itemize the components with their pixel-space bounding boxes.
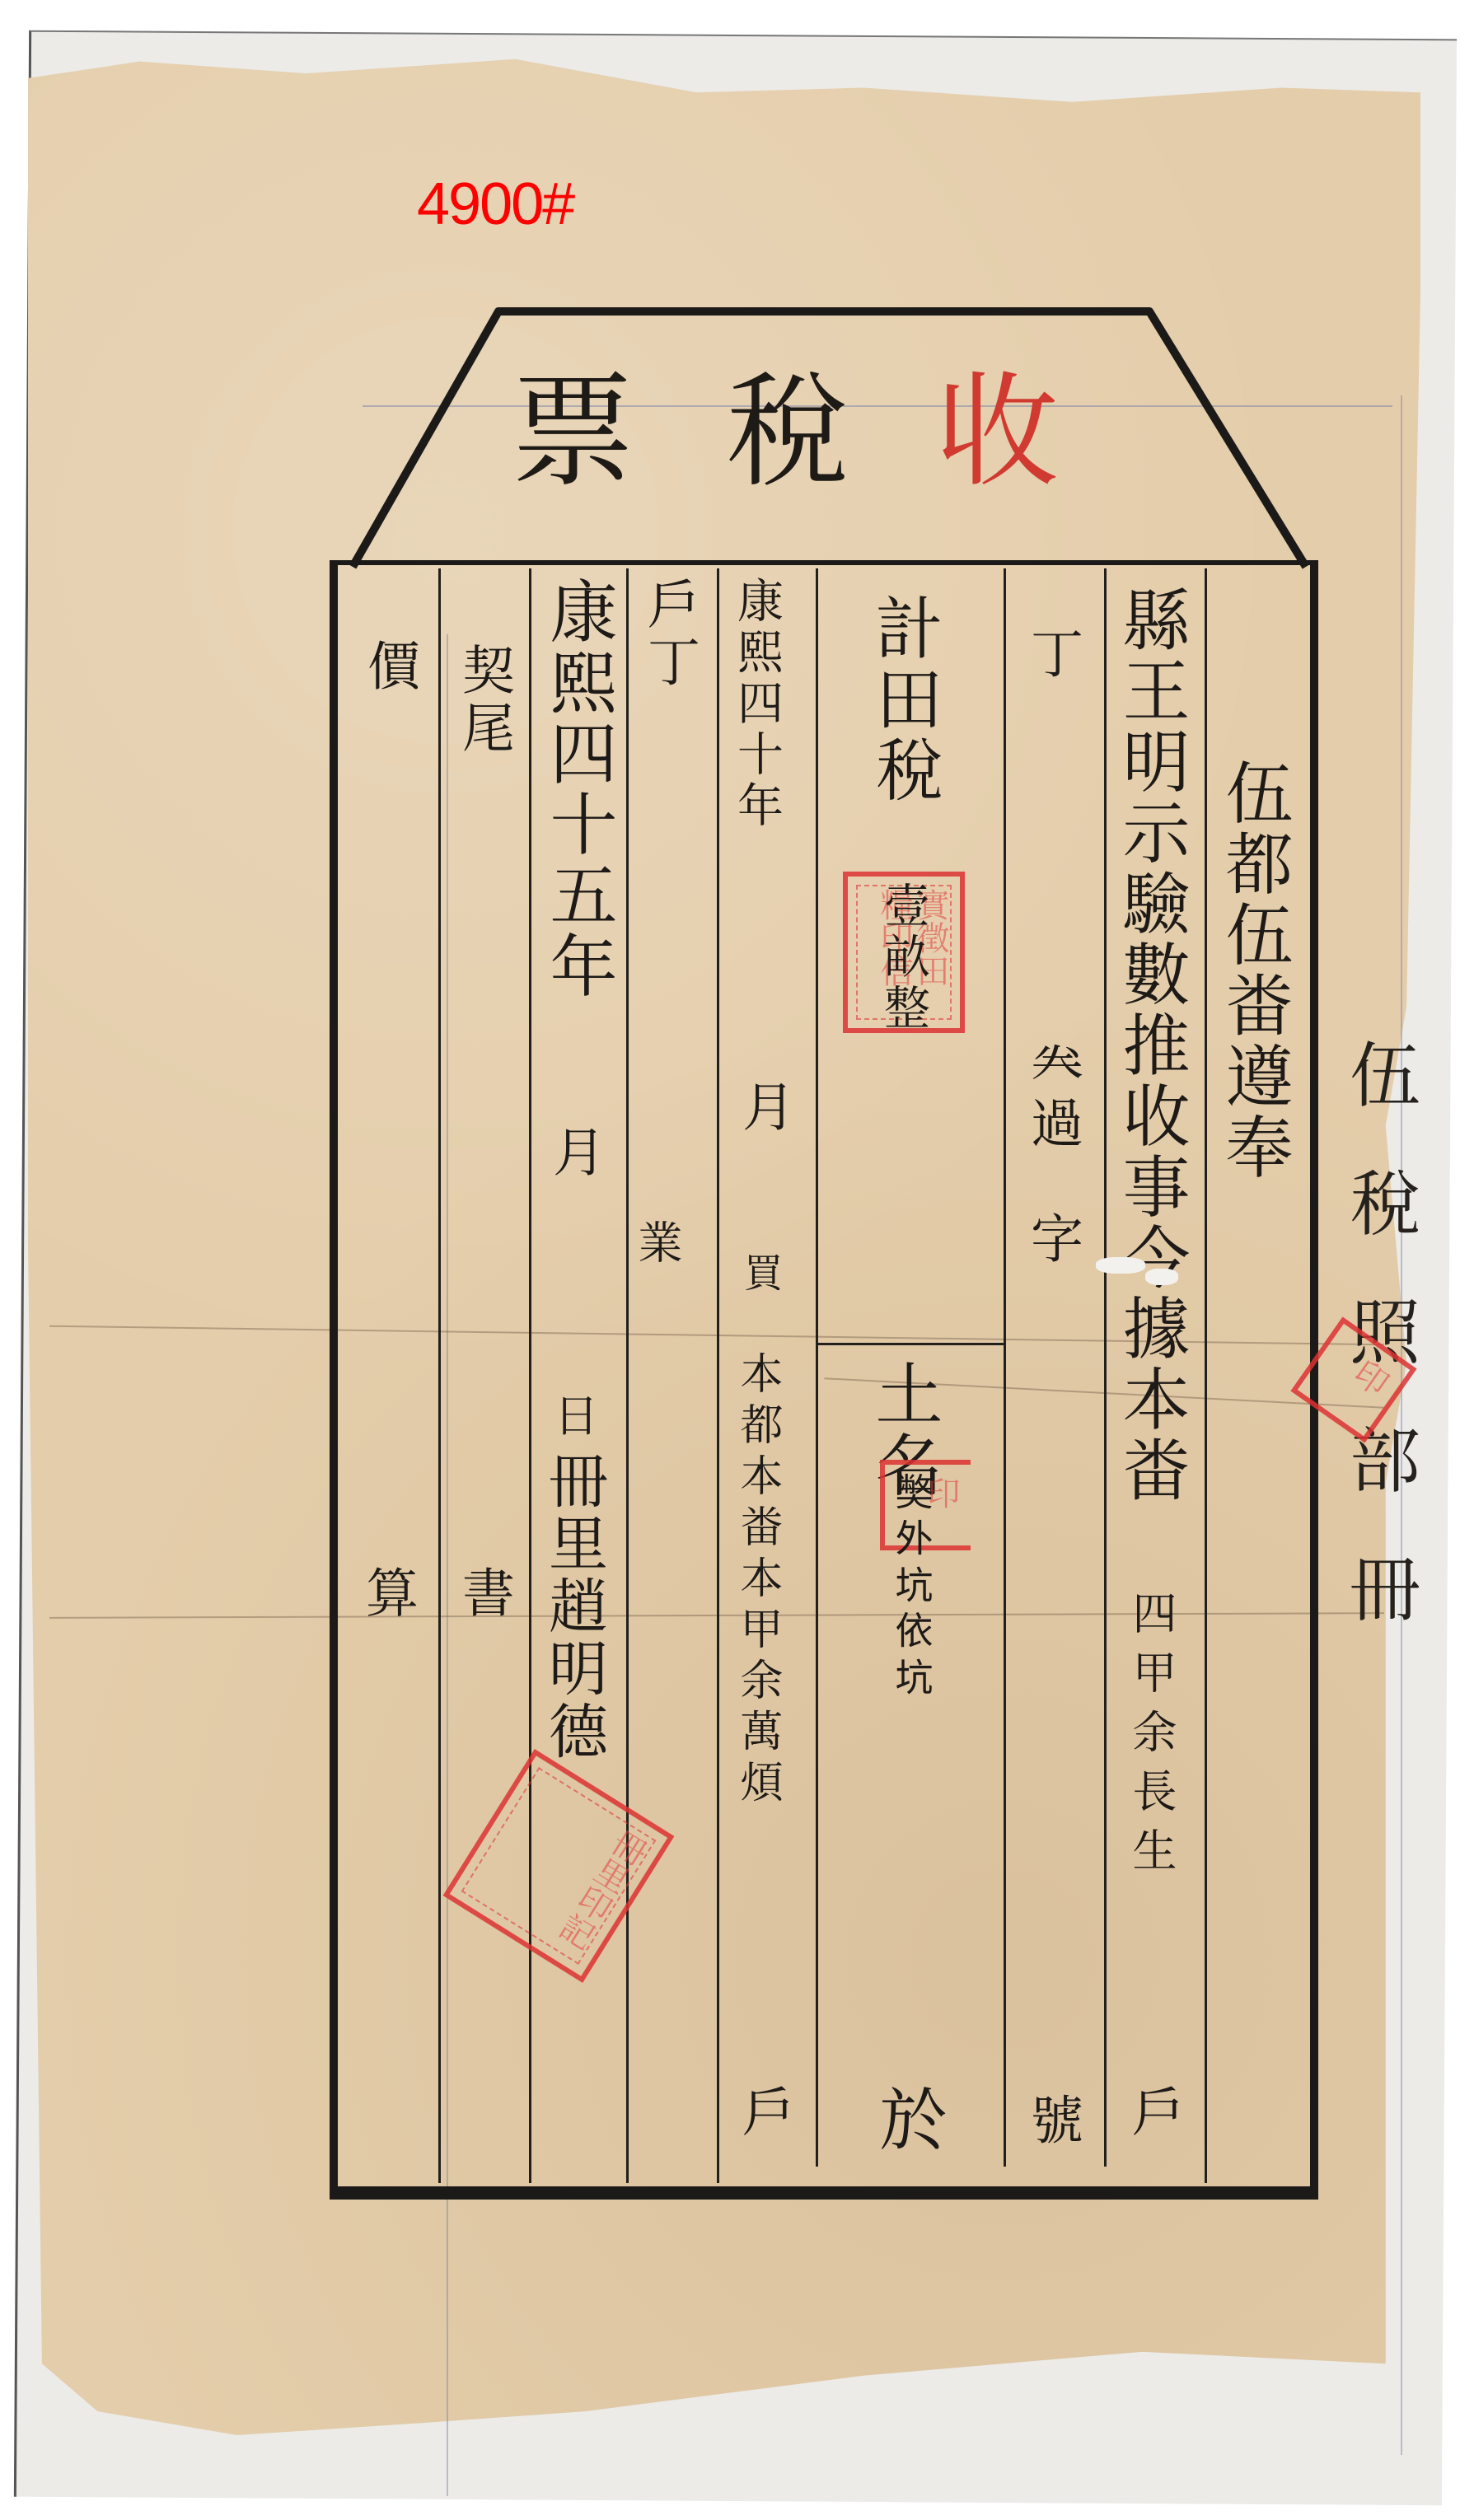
- text-seller-location: 本都本畨本甲余萬煩: [736, 1351, 779, 1811]
- cell-divider: [816, 1343, 1004, 1345]
- column-rule: [1104, 568, 1107, 2167]
- text-hao: 號: [1026, 2092, 1079, 2150]
- title-char-shui: 稅: [725, 371, 849, 494]
- text-household-ding: 戶丁: [643, 577, 695, 692]
- text-price: 價: [363, 638, 415, 696]
- reference-number: 4900#: [417, 175, 573, 234]
- text-land-tax-label: 計田稅: [869, 593, 937, 806]
- paper-tear: [1096, 1257, 1145, 1274]
- text-seller-household: 戶: [737, 2084, 790, 2142]
- text-district: 伍都伍畨遵奉: [1219, 758, 1287, 1183]
- text-clerk-name: 冊里趙明德: [544, 1450, 603, 1763]
- text-day: 日: [550, 1392, 595, 1442]
- column-rule: [626, 568, 629, 2183]
- text-transfer: 𠔉過: [1026, 1038, 1079, 1153]
- text-month-2: 月: [548, 1124, 601, 1182]
- text-date-kangxi-40: 康熙四十年: [733, 577, 779, 832]
- text-county-order: 縣王明示驗數推收事今據本畨: [1116, 585, 1184, 1506]
- column-rule: [1004, 568, 1006, 2167]
- text-buy: 買: [740, 1252, 779, 1307]
- text-yu: 於: [873, 2084, 941, 2155]
- column-rule: [438, 568, 441, 2183]
- text-owner-name: 四甲余長生: [1129, 1590, 1173, 1886]
- text-date-kangxi-45: 康熙四十五年: [544, 577, 611, 1002]
- column-rule: [717, 568, 719, 2183]
- text-shu: 書: [457, 1565, 510, 1623]
- paper-tear: [1145, 1269, 1178, 1285]
- text-contract-tail: 契尾: [457, 643, 510, 758]
- title-char-shou: 收: [935, 371, 1059, 494]
- text-ding: 丁: [1026, 626, 1079, 684]
- column-rule: [1205, 568, 1207, 2183]
- text-ye: 業: [634, 1219, 679, 1279]
- title-char-piao: 票: [511, 371, 634, 494]
- text-zi: 字: [1026, 1211, 1079, 1269]
- text-month: 月: [737, 1079, 790, 1137]
- text-tax-amount: 壹畝整: [880, 881, 926, 1035]
- column-rule: [816, 568, 818, 2167]
- text-place-name: 𡚁外坑依坑: [894, 1475, 932, 1705]
- text-suan: 算: [361, 1565, 414, 1623]
- text-household: 戶: [1127, 2084, 1180, 2142]
